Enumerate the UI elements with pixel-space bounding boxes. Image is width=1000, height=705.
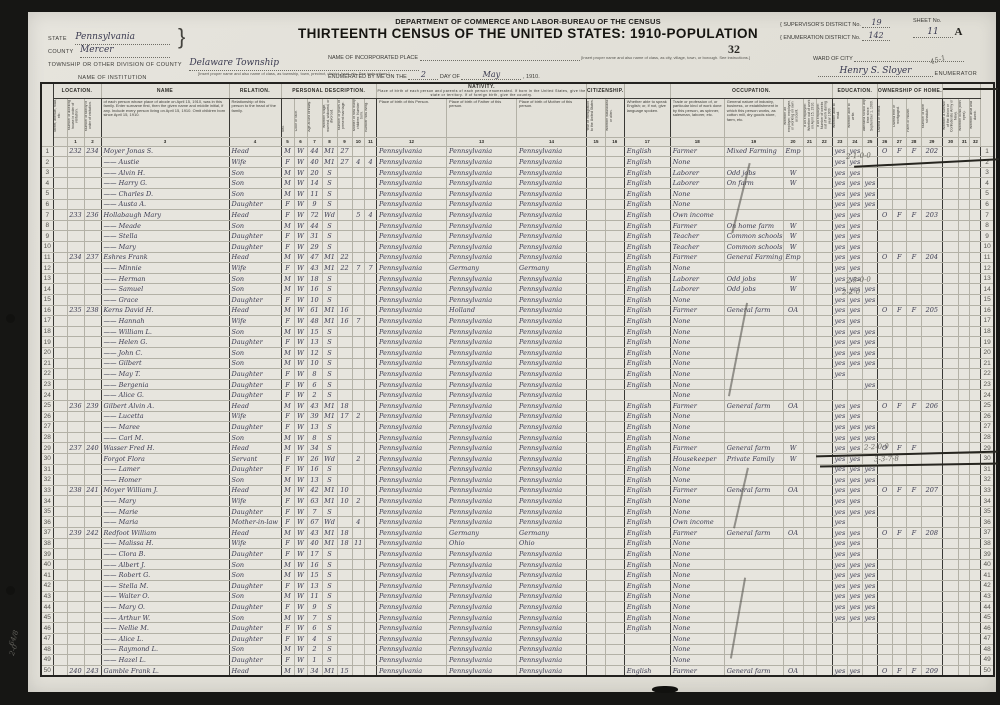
cell-rd: yes — [832, 591, 847, 602]
cell-pob: Pennsylvania — [377, 390, 447, 401]
cell-ind — [724, 316, 783, 327]
cell-cb — [352, 655, 365, 666]
cell-age: 6 — [307, 379, 322, 390]
col-number-sex: 5 — [281, 137, 294, 146]
cell-ho — [877, 475, 892, 486]
cell-df — [970, 231, 981, 242]
cell-imm — [587, 390, 606, 401]
cell-fs — [921, 570, 942, 581]
cell-age: 42 — [307, 485, 322, 496]
cell-imm — [587, 464, 606, 475]
cell-ind — [724, 157, 783, 168]
cell-fam — [84, 496, 101, 507]
cell-col: W — [294, 528, 307, 539]
cell-pm: Pennsylvania — [517, 326, 587, 337]
cell-mar: S — [322, 379, 337, 390]
cell-sex: M — [281, 326, 294, 337]
cell-sch: yes — [862, 337, 877, 348]
cell-rd: yes — [832, 220, 847, 231]
cell-ind — [724, 591, 783, 602]
cell-pm: Pennsylvania — [517, 167, 587, 178]
col-header-cb: Mother of how many children: Number born… — [352, 98, 365, 137]
cell-street — [53, 273, 67, 284]
cell-pf: Ohio — [447, 538, 517, 549]
cell-rd: yes — [832, 422, 847, 433]
cell-wk — [816, 199, 832, 210]
cell-eng — [624, 390, 670, 401]
cell-name: Wasser Fred H. — [101, 443, 229, 454]
cell-street — [53, 369, 67, 380]
cell-fam — [84, 538, 101, 549]
cell-eng: English — [624, 178, 670, 189]
census-table: LOCATION.NAMERELATION.PERSONAL DESCRIPTI… — [40, 82, 995, 677]
cell-ho: O — [877, 146, 892, 157]
cell-name: —— Mary — [101, 242, 229, 253]
cell-street — [53, 612, 67, 623]
cell-yrs: 10 — [337, 485, 352, 496]
cell-ind: General farm — [724, 400, 783, 411]
cell-occ: None — [670, 570, 724, 581]
cell-imm — [587, 612, 606, 623]
line-number: 35 — [41, 506, 53, 517]
cell-dw — [67, 157, 84, 168]
cell-yrs — [337, 337, 352, 348]
cell-hf — [892, 347, 907, 358]
cell-age: 40 — [307, 157, 322, 168]
cell-sv — [942, 178, 958, 189]
cell-df — [970, 242, 981, 253]
table-row: 42—— Stella M.DaughterFW13SPennsylvaniaP… — [41, 581, 994, 592]
cell-sch — [862, 644, 877, 655]
cell-pf: Pennsylvania — [447, 400, 517, 411]
cell-pob: Pennsylvania — [377, 337, 447, 348]
cell-hf — [892, 358, 907, 369]
cell-fh — [907, 242, 922, 253]
cell-sex: F — [281, 538, 294, 549]
table-row: 27—— MareeDaughterFW13SPennsylvaniaPenns… — [41, 422, 994, 433]
cell-fam — [84, 506, 101, 517]
line-number: 46 — [981, 623, 994, 634]
cell-ow — [803, 485, 816, 496]
cell-bl — [959, 517, 970, 528]
col-number-pob: 12 — [377, 137, 447, 146]
cell-imm — [587, 199, 606, 210]
cell-cb — [352, 602, 365, 613]
cell-ow — [803, 199, 816, 210]
cell-ow — [803, 210, 816, 221]
cell-hf — [892, 432, 907, 443]
cell-wr: yes — [847, 231, 862, 242]
cell-ind — [724, 189, 783, 200]
cell-eng: English — [624, 665, 670, 676]
cell-wk — [816, 252, 832, 263]
cell-occ: None — [670, 496, 724, 507]
col-number-bl: 31 — [959, 137, 970, 146]
cell-ind — [724, 506, 783, 517]
col-number-col: 6 — [294, 137, 307, 146]
cell-imm — [587, 528, 606, 539]
col-number-cl: 11 — [365, 137, 377, 146]
cell-dw — [67, 358, 84, 369]
cell-pm: Pennsylvania — [517, 475, 587, 486]
cell-street — [53, 591, 67, 602]
cell-name: —— Grace — [101, 295, 229, 306]
cell-pf: Pennsylvania — [447, 337, 517, 348]
cell-dw — [67, 517, 84, 528]
cell-fh — [907, 538, 922, 549]
cell-fam — [84, 390, 101, 401]
cell-fh — [907, 623, 922, 634]
cell-dw: 238 — [67, 485, 84, 496]
cell-age: 7 — [307, 612, 322, 623]
cell-pob: Pennsylvania — [377, 189, 447, 200]
cell-rd: yes — [832, 210, 847, 221]
cell-eng: English — [624, 220, 670, 231]
cell-col: W — [294, 305, 307, 316]
cell-emp: Emp — [783, 146, 803, 157]
line-number: 44 — [981, 602, 994, 613]
cell-pf: Pennsylvania — [447, 644, 517, 655]
cell-ind — [724, 411, 783, 422]
cell-age: 14 — [307, 178, 322, 189]
cell-pf: Pennsylvania — [447, 178, 517, 189]
cell-sv — [942, 210, 958, 221]
cell-df — [970, 591, 981, 602]
cell-rel: Wife — [229, 157, 281, 168]
cell-dw — [67, 644, 84, 655]
cell-wk — [816, 273, 832, 284]
line-number: 47 — [41, 634, 53, 645]
cell-eng: English — [624, 199, 670, 210]
cell-pob: Pennsylvania — [377, 369, 447, 380]
cell-sch — [862, 220, 877, 231]
cell-df — [970, 411, 981, 422]
cell-cb — [352, 231, 365, 242]
cell-dw — [67, 242, 84, 253]
cell-ow — [803, 506, 816, 517]
cell-rel: Wife — [229, 538, 281, 549]
cell-pob: Pennsylvania — [377, 453, 447, 464]
cell-cb — [352, 400, 365, 411]
cell-fam — [84, 581, 101, 592]
cell-name: —— Austa A. — [101, 199, 229, 210]
cell-ow — [803, 316, 816, 327]
cell-dw — [67, 549, 84, 560]
cell-cb — [352, 485, 365, 496]
cell-hf — [892, 390, 907, 401]
cell-street — [53, 252, 67, 263]
cell-fam — [84, 549, 101, 560]
cell-rd: yes — [832, 400, 847, 411]
cell-col: W — [294, 464, 307, 475]
cell-dw: 239 — [67, 528, 84, 539]
cell-ho — [877, 231, 892, 242]
table-row: 44—— Mary O.DaughterFW9SPennsylvaniaPenn… — [41, 602, 994, 613]
cell-col: W — [294, 538, 307, 549]
cell-fam: 234 — [84, 146, 101, 157]
cell-bl — [959, 400, 970, 411]
cell-imm — [587, 559, 606, 570]
cell-occ: Farmer — [670, 305, 724, 316]
cell-ow — [803, 189, 816, 200]
cell-sv — [942, 284, 958, 295]
cell-pob: Pennsylvania — [377, 326, 447, 337]
cell-wr: yes — [847, 581, 862, 592]
cell-sex: M — [281, 665, 294, 676]
cell-wk — [816, 178, 832, 189]
cell-yrs — [337, 273, 352, 284]
cell-cl — [365, 295, 377, 306]
cell-imm — [587, 570, 606, 581]
col-header-df: Whether deaf and dumb. — [970, 98, 981, 137]
cell-sch — [862, 167, 877, 178]
cell-name: —— Minnie — [101, 263, 229, 274]
line-number: 1 — [41, 146, 53, 157]
cell-mar: M1 — [322, 316, 337, 327]
cell-rd: yes — [832, 475, 847, 486]
cell-wk — [816, 189, 832, 200]
cell-imm — [587, 316, 606, 327]
cell-wr: yes — [847, 506, 862, 517]
cell-bl — [959, 220, 970, 231]
line-number: 17 — [981, 316, 994, 327]
cell-ho — [877, 602, 892, 613]
cell-sch: yes — [862, 199, 877, 210]
col-number-wk: 22 — [816, 137, 832, 146]
cell-ho — [877, 273, 892, 284]
table-row: 16235238Kerns David H.HeadMW61M116Pennsy… — [41, 305, 994, 316]
cell-occ: Farmer — [670, 485, 724, 496]
cell-pm: Pennsylvania — [517, 411, 587, 422]
cell-cb — [352, 252, 365, 263]
cell-fh — [907, 655, 922, 666]
cell-rel: Daughter — [229, 379, 281, 390]
cell-wk — [816, 316, 832, 327]
cell-col: W — [294, 612, 307, 623]
cell-cb: 2 — [352, 411, 365, 422]
cell-sch: yes — [862, 295, 877, 306]
cell-fam — [84, 263, 101, 274]
cell-nat — [605, 305, 624, 316]
line-number: 25 — [41, 400, 53, 411]
cell-sv — [942, 242, 958, 253]
line-number: 14 — [981, 284, 994, 295]
cell-sch — [862, 210, 877, 221]
cell-cl — [365, 422, 377, 433]
cell-street — [53, 326, 67, 337]
cell-emp — [783, 316, 803, 327]
col-header-ow: If an employee: Whether out of work on A… — [803, 98, 816, 137]
cell-ho — [877, 295, 892, 306]
cell-dw: 232 — [67, 146, 84, 157]
sheet-header: STATE Pennsylvania COUNTY Mercer } TOWNS… — [28, 12, 996, 82]
cell-wk — [816, 210, 832, 221]
cell-imm — [587, 263, 606, 274]
cell-col: W — [294, 347, 307, 358]
cell-rd — [832, 390, 847, 401]
cell-age: 67 — [307, 517, 322, 528]
col-header-fh: Farm or house. — [907, 98, 922, 137]
cell-emp — [783, 602, 803, 613]
line-number: 27 — [981, 422, 994, 433]
cell-fh — [907, 496, 922, 507]
cell-ind — [724, 559, 783, 570]
cell-sex: F — [281, 157, 294, 168]
cell-fam — [84, 231, 101, 242]
cell-nat — [605, 242, 624, 253]
cell-street — [53, 517, 67, 528]
cell-nat — [605, 400, 624, 411]
line-number: 16 — [981, 305, 994, 316]
cell-col: W — [294, 273, 307, 284]
cell-ow — [803, 549, 816, 560]
cell-fam — [84, 655, 101, 666]
cell-wr: yes — [847, 400, 862, 411]
cell-imm — [587, 400, 606, 411]
cell-ho — [877, 634, 892, 645]
cell-imm — [587, 432, 606, 443]
cell-imm — [587, 496, 606, 507]
cell-ho: O — [877, 528, 892, 539]
cell-fs — [921, 358, 942, 369]
cell-fs — [921, 337, 942, 348]
line-number: 16 — [41, 305, 53, 316]
cell-emp — [783, 210, 803, 221]
cell-pob: Pennsylvania — [377, 644, 447, 655]
cell-rd: yes — [832, 443, 847, 454]
cell-age: 20 — [307, 167, 322, 178]
cell-df — [970, 199, 981, 210]
cell-df — [970, 284, 981, 295]
cell-rel: Son — [229, 273, 281, 284]
cell-yrs — [337, 326, 352, 337]
line-number: 38 — [981, 538, 994, 549]
col-number-yrs: 9 — [337, 137, 352, 146]
cell-name: —— Charles D. — [101, 189, 229, 200]
cell-mar: M1 — [322, 496, 337, 507]
table-row: 4—— Harry G.SonMW14SPennsylvaniaPennsylv… — [41, 178, 994, 189]
cell-bl — [959, 167, 970, 178]
cell-col: W — [294, 432, 307, 443]
cell-ind — [724, 326, 783, 337]
cell-sv — [942, 273, 958, 284]
cell-pm: Pennsylvania — [517, 146, 587, 157]
cell-imm — [587, 295, 606, 306]
cell-yrs — [337, 358, 352, 369]
cell-name: Moyer Jonas S. — [101, 146, 229, 157]
cell-eng — [624, 655, 670, 666]
line-number: 49 — [41, 655, 53, 666]
cell-sch — [862, 655, 877, 666]
cell-fh — [907, 612, 922, 623]
cell-dw — [67, 634, 84, 645]
cell-fs — [921, 411, 942, 422]
cell-occ: None — [670, 475, 724, 486]
cell-mar: S — [322, 199, 337, 210]
cell-ho: O — [877, 252, 892, 263]
cell-occ: None — [670, 559, 724, 570]
cell-dw — [67, 167, 84, 178]
cell-sch — [862, 390, 877, 401]
cell-dw — [67, 316, 84, 327]
cell-pf: Pennsylvania — [447, 517, 517, 528]
col-header-imm: Year of immigration to the United States… — [587, 98, 606, 137]
cell-ow — [803, 591, 816, 602]
cell-ho — [877, 411, 892, 422]
cell-name: —— May T. — [101, 369, 229, 380]
cell-rel: Servant — [229, 453, 281, 464]
cell-pob: Pennsylvania — [377, 210, 447, 221]
cell-sch: yes — [862, 570, 877, 581]
cell-ow — [803, 369, 816, 380]
cell-name: —— Bergenia — [101, 379, 229, 390]
cell-age: 12 — [307, 347, 322, 358]
cell-fs — [921, 475, 942, 486]
line-number: 4 — [41, 178, 53, 189]
cell-yrs — [337, 242, 352, 253]
cell-street — [53, 559, 67, 570]
group-header-ownership-of-home: OWNERSHIP OF HOME. — [877, 83, 942, 98]
cell-rel: Daughter — [229, 199, 281, 210]
cell-imm — [587, 369, 606, 380]
cell-bl — [959, 231, 970, 242]
cell-sv — [942, 305, 958, 316]
cell-dw — [67, 453, 84, 464]
col-header-hf: Owned free or mortgaged. — [892, 98, 907, 137]
cell-col: W — [294, 443, 307, 454]
cell-yrs — [337, 369, 352, 380]
line-number: 15 — [981, 295, 994, 306]
table-row: 7233236Hollabaugh MaryHeadFW72Wd54Pennsy… — [41, 210, 994, 221]
cell-cb — [352, 623, 365, 634]
cell-ho — [877, 644, 892, 655]
ink-blot — [652, 686, 678, 693]
cell-age: 2 — [307, 644, 322, 655]
group-header-nativity: NATIVITY.Place of birth of each person a… — [377, 83, 587, 98]
cell-fs: 205 — [921, 305, 942, 316]
cell-sex: M — [281, 591, 294, 602]
cell-occ: Farmer — [670, 400, 724, 411]
cell-ind — [724, 623, 783, 634]
col-number-name: 3 — [101, 137, 229, 146]
cell-hf — [892, 178, 907, 189]
cell-wr: yes — [847, 242, 862, 253]
cell-sv — [942, 295, 958, 306]
cell-yrs: 27 — [337, 146, 352, 157]
cell-age: 48 — [307, 316, 322, 327]
cell-sex: F — [281, 411, 294, 422]
cell-yrs: 22 — [337, 263, 352, 274]
cell-bl — [959, 422, 970, 433]
cell-street — [53, 422, 67, 433]
cell-pob: Pennsylvania — [377, 411, 447, 422]
line-number: 40 — [981, 559, 994, 570]
cell-nat — [605, 157, 624, 168]
cell-df — [970, 220, 981, 231]
cell-age: 15 — [307, 570, 322, 581]
cell-col: W — [294, 570, 307, 581]
cell-col: W — [294, 400, 307, 411]
cell-fs — [921, 316, 942, 327]
cell-ind: Odd jobs — [724, 167, 783, 178]
cell-pob: Pennsylvania — [377, 655, 447, 666]
cell-hf — [892, 644, 907, 655]
cell-pf: Pennsylvania — [447, 655, 517, 666]
cell-age: 15 — [307, 326, 322, 337]
cell-hf — [892, 273, 907, 284]
cell-rel: Head — [229, 528, 281, 539]
cell-emp — [783, 634, 803, 645]
